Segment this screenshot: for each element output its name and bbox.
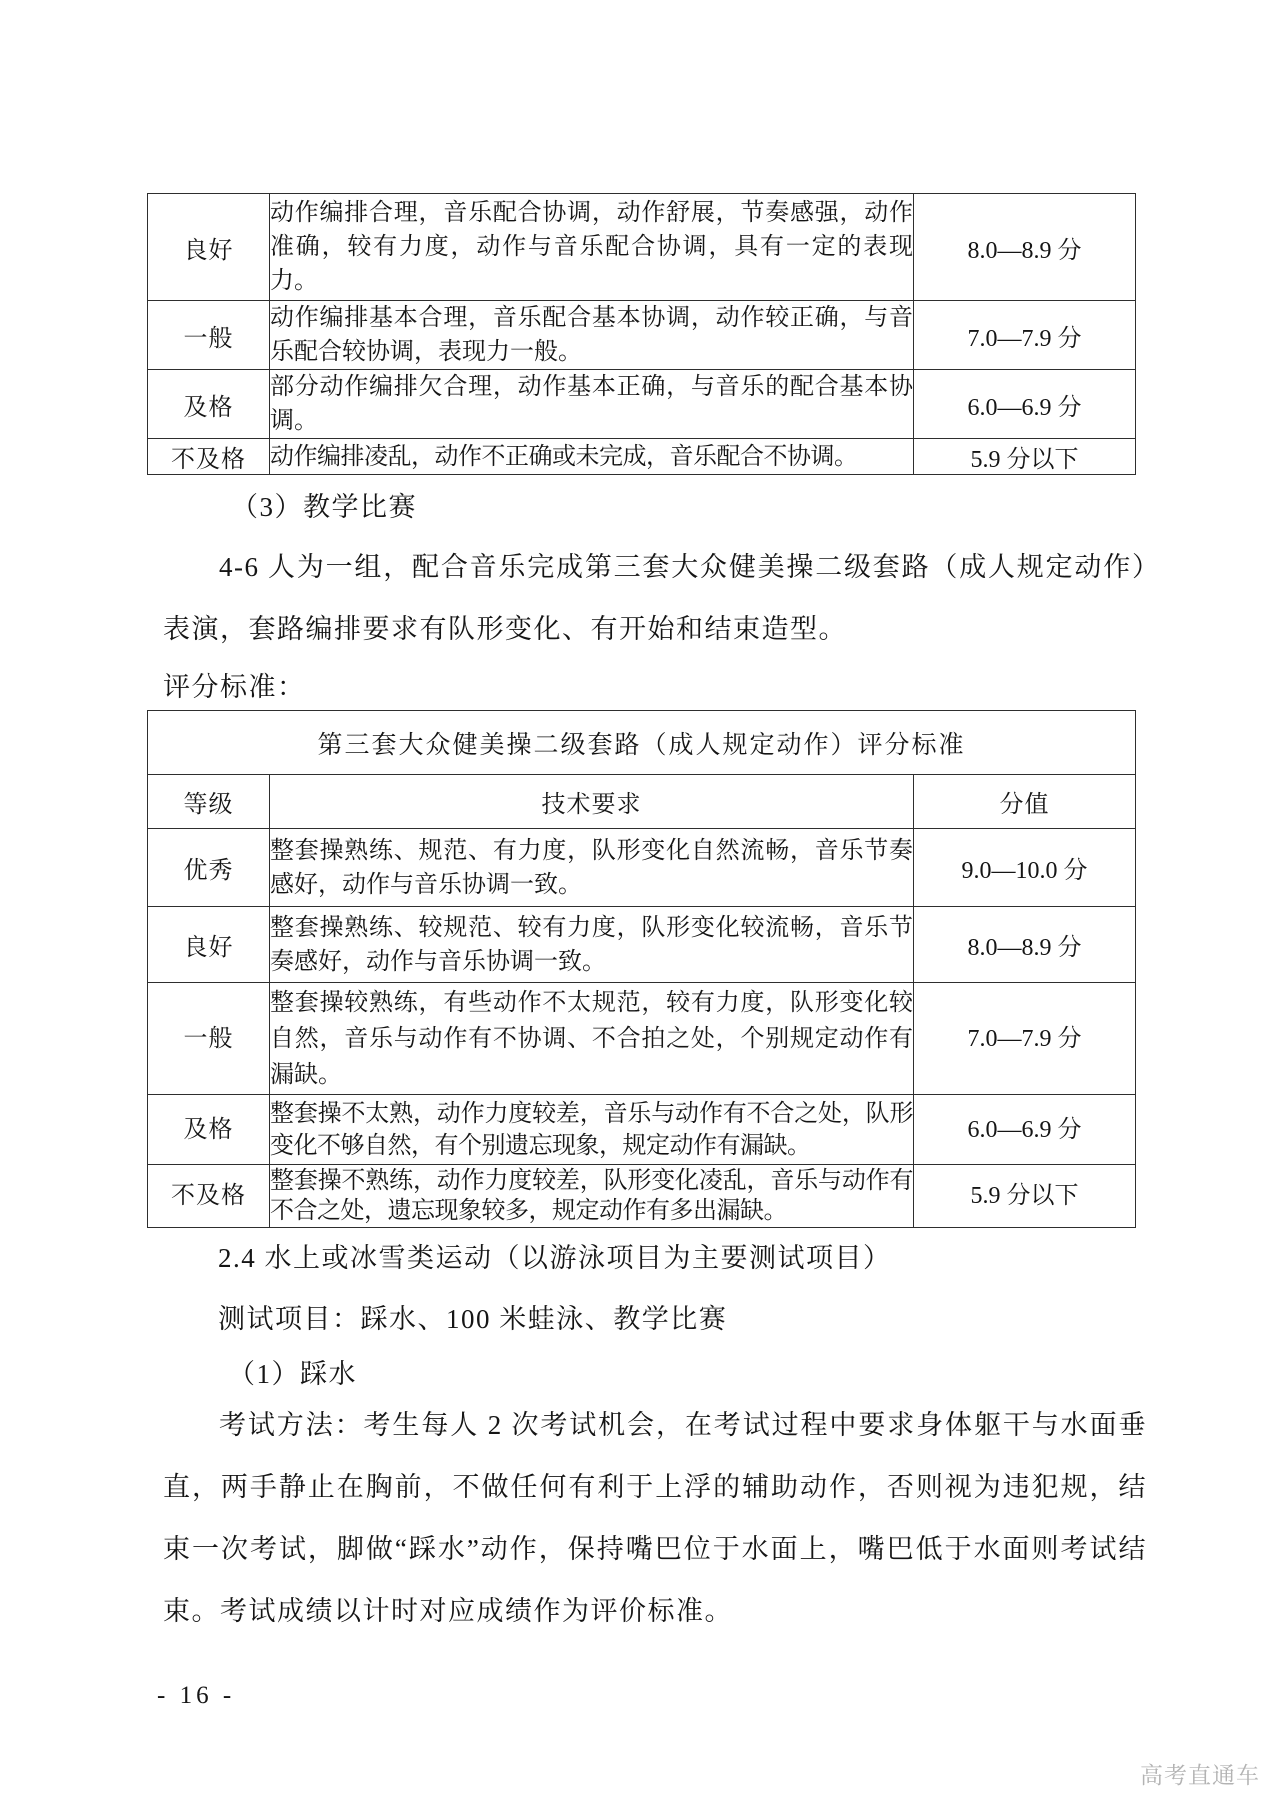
table-row: 不及格 动作编排凌乱，动作不正确或未完成，音乐配合不协调。 5.9 分以下 xyxy=(148,439,1136,475)
teaching-competition-score-table: 良好 动作编排合理，音乐配合协调，动作舒展，节奏感强，动作准确，较有力度，动作与… xyxy=(147,193,1136,475)
grade-cell: 不及格 xyxy=(148,1165,270,1228)
score-cell: 8.0—8.9 分 xyxy=(914,194,1136,301)
sub-heading-treading-water: （1）踩水 xyxy=(228,1352,357,1391)
score-cell: 7.0—7.9 分 xyxy=(914,301,1136,370)
score-cell: 5.9 分以下 xyxy=(914,439,1136,475)
grade-cell: 良好 xyxy=(148,907,270,983)
section-heading-teaching-competition: （3）教学比赛 xyxy=(231,485,417,524)
table-header-row: 等级 技术要求 分值 xyxy=(148,775,1136,829)
score-cell: 9.0—10.0 分 xyxy=(914,829,1136,907)
table-row: 及格 部分动作编排欠合理，动作基本正确，与音乐的配合基本协调。 6.0—6.9 … xyxy=(148,370,1136,439)
header-grade: 等级 xyxy=(148,775,270,829)
table-row: 良好 动作编排合理，音乐配合协调，动作舒展，节奏感强，动作准确，较有力度，动作与… xyxy=(148,194,1136,301)
requirement-cell: 整套操不熟练，动作力度较差，队形变化凌乱，音乐与动作有不合之处，遗忘现象较多，规… xyxy=(270,1165,914,1228)
header-score: 分值 xyxy=(914,775,1136,829)
score-cell: 5.9 分以下 xyxy=(914,1165,1136,1228)
table-row: 优秀 整套操熟练、规范、有力度，队形变化自然流畅，音乐节奏感好，动作与音乐协调一… xyxy=(148,829,1136,907)
requirement-cell: 部分动作编排欠合理，动作基本正确，与音乐的配合基本协调。 xyxy=(270,370,914,439)
test-items-line: 测试项目：踩水、100 米蛙泳、教学比赛 xyxy=(218,1297,727,1336)
requirement-cell: 动作编排凌乱，动作不正确或未完成，音乐配合不协调。 xyxy=(270,439,914,475)
requirement-cell: 整套操较熟练，有些动作不太规范，较有力度，队形变化较自然，音乐与动作有不协调、不… xyxy=(270,983,914,1095)
table-row: 一般 动作编排基本合理，音乐配合基本协调，动作较正确，与音乐配合较协调，表现力一… xyxy=(148,301,1136,370)
teaching-competition-paragraph: 4-6 人为一组，配合音乐完成第三套大众健美操二级套路（成人规定动作）表演，套路… xyxy=(163,536,1147,660)
grade-cell: 不及格 xyxy=(148,439,270,475)
table-row: 良好 整套操熟练、较规范、较有力度，队形变化较流畅，音乐节奏感好，动作与音乐协调… xyxy=(148,907,1136,983)
document-page: 良好 动作编排合理，音乐配合协调，动作舒展，节奏感强，动作准确，较有力度，动作与… xyxy=(0,0,1280,1810)
header-requirement: 技术要求 xyxy=(270,775,914,829)
grade-cell: 优秀 xyxy=(148,829,270,907)
requirement-cell: 整套操不太熟，动作力度较差，音乐与动作有不合之处，队形变化不够自然，有个别遗忘现… xyxy=(270,1095,914,1165)
section-heading-water-sports: 2.4 水上或冰雪类运动（以游泳项目为主要测试项目） xyxy=(218,1236,892,1275)
requirement-cell: 动作编排基本合理，音乐配合基本协调，动作较正确，与音乐配合较协调，表现力一般。 xyxy=(270,301,914,370)
table-title-row: 第三套大众健美操二级套路（成人规定动作）评分标准 xyxy=(148,711,1136,775)
aerobics-routine-score-table: 第三套大众健美操二级套路（成人规定动作）评分标准 等级 技术要求 分值 优秀 整… xyxy=(147,710,1136,1228)
table-row: 一般 整套操较熟练，有些动作不太规范，较有力度，队形变化较自然，音乐与动作有不协… xyxy=(148,983,1136,1095)
grade-cell: 及格 xyxy=(148,1095,270,1165)
score-cell: 7.0—7.9 分 xyxy=(914,983,1136,1095)
score-standard-label: 评分标准： xyxy=(163,665,306,704)
exam-method-paragraph: 考试方法：考生每人 2 次考试机会，在考试过程中要求身体躯干与水面垂直，两手静止… xyxy=(163,1394,1147,1642)
grade-cell: 一般 xyxy=(148,301,270,370)
table-title: 第三套大众健美操二级套路（成人规定动作）评分标准 xyxy=(148,711,1136,775)
requirement-cell: 动作编排合理，音乐配合协调，动作舒展，节奏感强，动作准确，较有力度，动作与音乐配… xyxy=(270,194,914,301)
grade-cell: 一般 xyxy=(148,983,270,1095)
score-cell: 6.0—6.9 分 xyxy=(914,370,1136,439)
table-row: 及格 整套操不太熟，动作力度较差，音乐与动作有不合之处，队形变化不够自然，有个别… xyxy=(148,1095,1136,1165)
score-cell: 8.0—8.9 分 xyxy=(914,907,1136,983)
grade-cell: 良好 xyxy=(148,194,270,301)
table-row: 不及格 整套操不熟练，动作力度较差，队形变化凌乱，音乐与动作有不合之处，遗忘现象… xyxy=(148,1165,1136,1228)
watermark-text: 高考直通车 xyxy=(1140,1757,1260,1790)
requirement-cell: 整套操熟练、较规范、较有力度，队形变化较流畅，音乐节奏感好，动作与音乐协调一致。 xyxy=(270,907,914,983)
grade-cell: 及格 xyxy=(148,370,270,439)
score-cell: 6.0—6.9 分 xyxy=(914,1095,1136,1165)
page-number: - 16 - xyxy=(157,1682,235,1710)
requirement-cell: 整套操熟练、规范、有力度，队形变化自然流畅，音乐节奏感好，动作与音乐协调一致。 xyxy=(270,829,914,907)
